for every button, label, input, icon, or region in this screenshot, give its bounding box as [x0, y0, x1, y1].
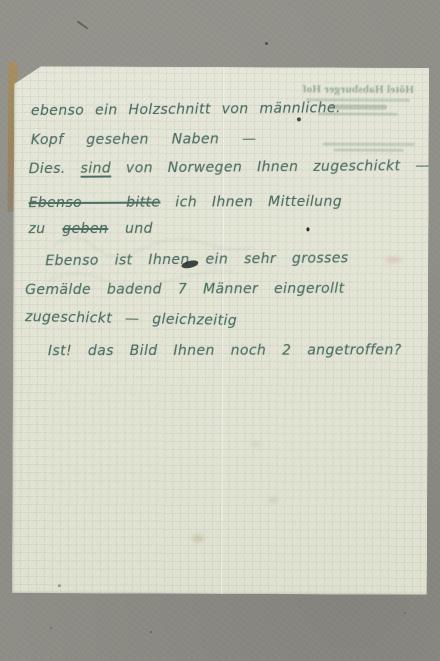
handwriting-text: ich Ihnen Mitteilung — [160, 194, 342, 211]
letterhead-illegible-line — [323, 142, 415, 145]
handwriting-text: Dies. — [29, 161, 81, 177]
paper-speck — [58, 584, 61, 587]
underlined-word: sind — [81, 161, 112, 177]
photograph-of-handwritten-note: Hôtel Habsburger Hof ebenso ein Holzschn… — [0, 0, 440, 661]
paper-stain — [268, 497, 278, 502]
handwriting-line: Kopf gesehen Naben — — [31, 131, 257, 148]
paper-stain — [250, 442, 260, 446]
pink-smudge — [385, 257, 401, 263]
handwriting-text: Gemälde badend 7 Männer eingerollt — [25, 281, 344, 298]
dust-speck — [50, 627, 52, 629]
handwriting-line: Dies. sind von Norwegen Ihnen zugeschick… — [29, 158, 430, 177]
ink-dot — [297, 117, 301, 121]
ink-speck — [306, 227, 309, 231]
handwriting-text: Ist! das Bild Ihnen noch 2 angetroffen? — [48, 342, 402, 359]
letterhead-title: Hôtel Habsburger Hof — [293, 83, 423, 96]
scratch-mark — [77, 20, 89, 29]
handwriting-line: Ebenso — bitte ich Ihnen Mitteilung — [29, 194, 343, 211]
paper-stain — [192, 535, 204, 542]
dust-speck — [150, 631, 152, 633]
letterhead-bleedthrough-lower — [319, 139, 419, 154]
handwriting-text: von Norwegen Ihnen zugeschickt — — [111, 158, 430, 177]
struck-through-word: geben — [62, 221, 108, 237]
struck-through-words: Ebenso — bitte — [29, 195, 161, 212]
handwriting-text: zu — [28, 221, 62, 237]
handwriting-line: ebenso ein Holzschnitt von männliche. — [31, 100, 341, 119]
handwriting-text: und — [108, 221, 153, 237]
dust-speck — [404, 612, 406, 614]
dust-speck — [265, 42, 268, 45]
handwriting-text: ebenso ein Holzschnitt von männliche. — [31, 100, 341, 119]
handwriting-line: Ist! das Bild Ihnen noch 2 angetroffen? — [48, 342, 402, 359]
handwriting-line: Gemälde badend 7 Männer eingerollt — [25, 281, 344, 298]
paper-sheet: Hôtel Habsburger Hof ebenso ein Holzschn… — [12, 66, 429, 595]
letterhead-illegible-line — [334, 148, 404, 151]
handwriting-text: Kopf gesehen Naben — — [31, 131, 257, 148]
handwriting-line: zu geben und — [28, 221, 152, 237]
